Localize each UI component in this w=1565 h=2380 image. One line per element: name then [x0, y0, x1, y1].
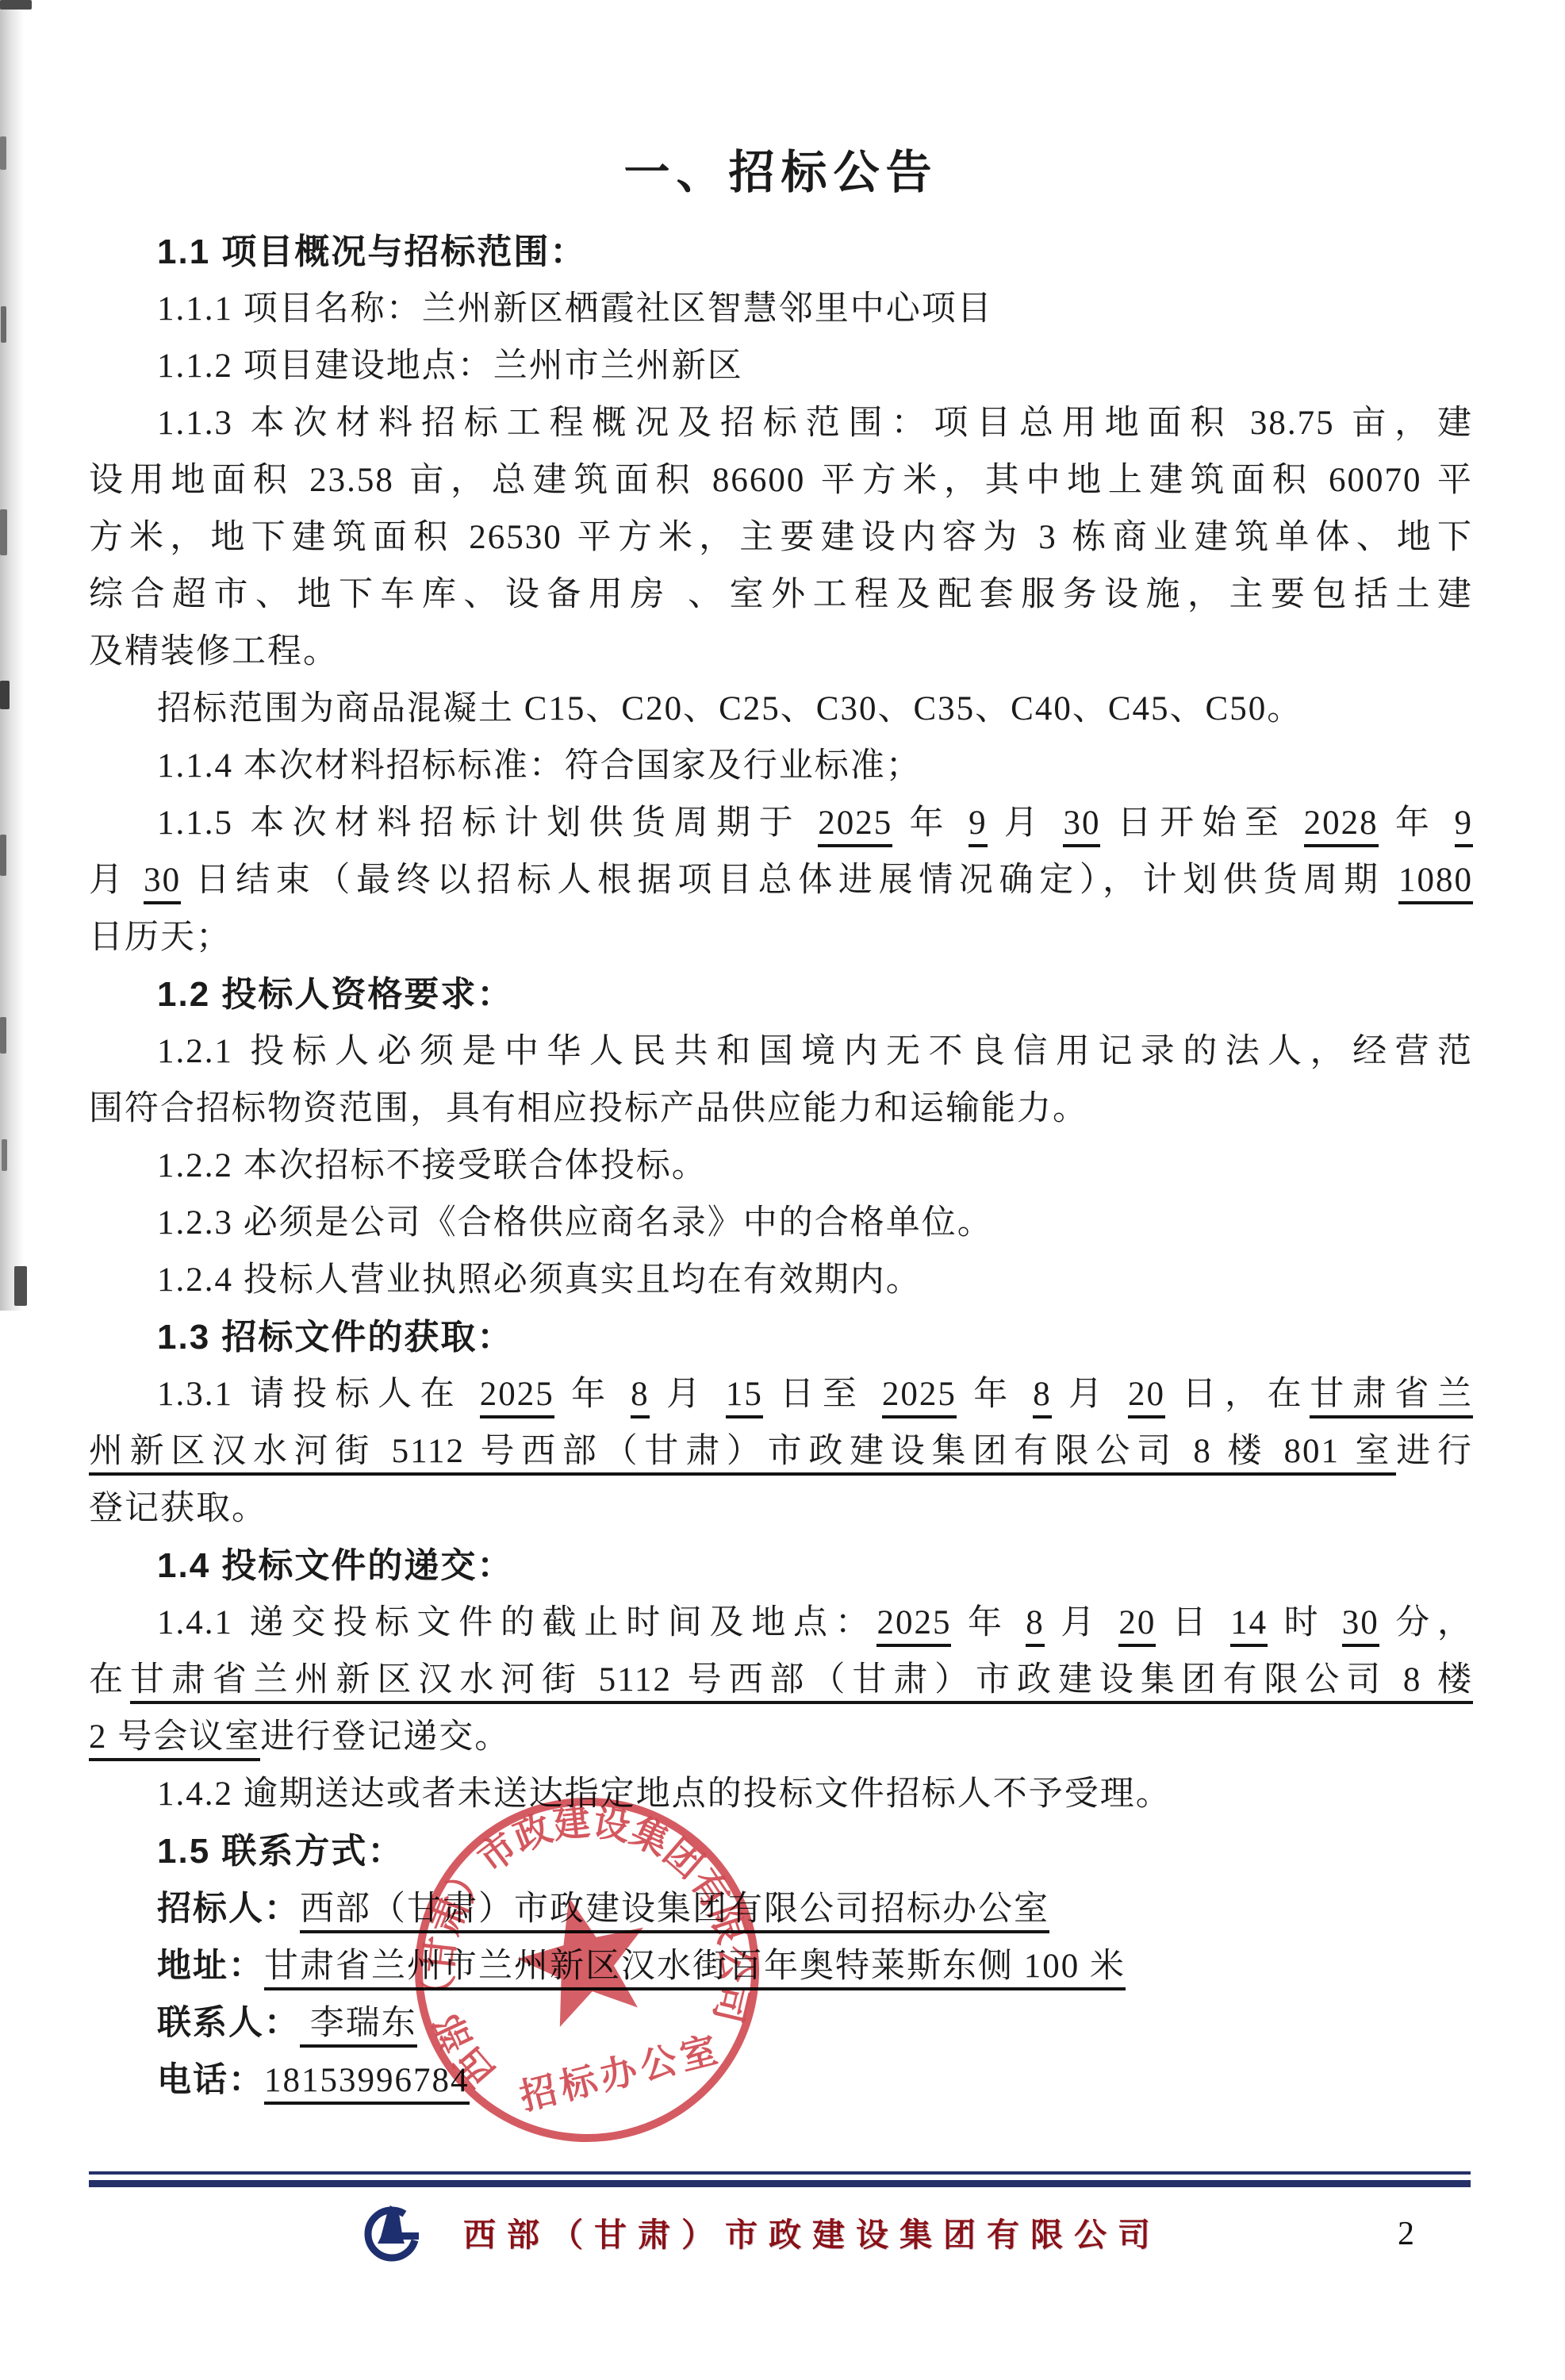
doc-line: 1.2 投标人资格要求： [89, 966, 1473, 1023]
text-run: 8 [1033, 1376, 1052, 1418]
scan-artifact [14, 1266, 27, 1306]
text-run: 1.4.1 递交投标文件的截止时间及地点： [157, 1604, 876, 1641]
page-title: 一、招标公告 [89, 133, 1473, 213]
text-run: 登记获取。 [89, 1490, 267, 1527]
text-run: 日 [1156, 1604, 1230, 1641]
text-run: 日至 [763, 1376, 882, 1413]
text-run: 1.2.4 投标人营业执照必须真实且均在有效期内。 [157, 1261, 922, 1299]
footer: 西部（甘肃）市政建设集团有限公司 2 [89, 2198, 1471, 2293]
doc-line: 招标人：西部（甘肃）市政建设集团有限公司招标办公室 [89, 1880, 1473, 1937]
text-run: 设用地面积 23.58 亩，总建筑面积 86600 平方米，其中地上建筑面积 6… [89, 462, 1473, 499]
scan-artifact [0, 136, 6, 170]
doc-content: 一、招标公告 1.1 项目概况与招标范围：1.1.1 项目名称：兰州新区栖霞社区… [89, 133, 1473, 2109]
text-run: 招标人： [157, 1890, 300, 1928]
doc-line: 招标范围为商品混凝土 C15、C20、C25、C30、C35、C40、C45、C… [89, 681, 1473, 738]
text-run: 1.2.3 必须是公司《合格供应商名录》中的合格单位。 [157, 1204, 993, 1242]
scanned-document-page: 一、招标公告 1.1 项目概况与招标范围：1.1.1 项目名称：兰州新区栖霞社区… [0, 0, 1565, 2380]
text-run: 电话： [157, 2061, 264, 2099]
text-run: 1.2 投标人资格要求： [157, 975, 513, 1014]
text-run: 及精装修工程。 [89, 633, 339, 670]
text-run: 在 [89, 1661, 130, 1699]
doc-line: 及精装修工程。 [89, 624, 1473, 681]
text-run: 2025 [818, 804, 892, 847]
text-run: 州新区汉水河街 5112 号西部（甘肃）市政建设集团有限公司 8 楼 801 室 [89, 1433, 1396, 1476]
text-run: 1.1.3 本次材料招标工程概况及招标范围：项目总用地面积 38.75 亩，建 [157, 405, 1473, 442]
doc-line: 1.1.3 本次材料招标工程概况及招标范围：项目总用地面积 38.75 亩，建 [89, 395, 1473, 452]
doc-line: 1.1.1 项目名称：兰州新区栖霞社区智慧邻里中心项目 [89, 281, 1473, 338]
doc-line: 1.2.1 投标人必须是中华人民共和国境内无不良信用记录的法人，经营范 [89, 1023, 1473, 1081]
text-run: 月 [1045, 1604, 1119, 1641]
company-seal-stamp: 西部（甘肃）市政建设集团有限公司 招标办公室 [399, 1782, 775, 2158]
text-run: 年 [951, 1604, 1026, 1641]
scan-artifact [2, 1139, 7, 1171]
doc-line: 1.2.4 投标人营业执照必须真实且均在有效期内。 [89, 1252, 1473, 1309]
doc-line: 1.4.1 递交投标文件的截止时间及地点：2025 年 8 月 20 日 14 … [89, 1595, 1473, 1652]
page-number: 2 [1398, 2215, 1414, 2253]
text-run: 14 [1230, 1604, 1268, 1647]
text-run: 1.2.1 投标人必须是中华人民共和国境内无不良信用记录的法人，经营范 [157, 1033, 1473, 1070]
text-run: 2028 [1304, 804, 1379, 847]
text-run: 方米，地下建筑面积 26530 平方米，主要建设内容为 3 栋商业建筑单体、地下 [89, 519, 1473, 556]
text-run: 8 [1026, 1604, 1045, 1647]
text-run: 30 [1342, 1604, 1379, 1647]
text-run: 地址： [157, 1947, 264, 1985]
doc-line: 1.4.2 逾期送达或者未送达指定地点的投标文件招标人不予受理。 [89, 1766, 1473, 1823]
doc-line: 1.1 项目概况与招标范围： [89, 224, 1473, 281]
scan-artifact [0, 0, 32, 10]
text-run: 月 [650, 1376, 726, 1413]
scan-shadow-band [0, 0, 24, 1311]
text-run: 月 [1052, 1376, 1128, 1413]
text-run: 1.2.2 本次招标不接受联合体投标。 [157, 1147, 708, 1184]
text-run: 日历天； [89, 919, 232, 956]
text-run: 1080 [1398, 862, 1473, 904]
text-run: 1.1.5 本次材料招标计划供货周期于 [157, 804, 818, 842]
doc-line: 设用地面积 23.58 亩，总建筑面积 86600 平方米，其中地上建筑面积 6… [89, 452, 1473, 509]
text-run: 分， [1379, 1604, 1473, 1641]
text-run: 2 号会议室 [89, 1718, 260, 1761]
text-run: 1.1.1 项目名称：兰州新区栖霞社区智慧邻里中心项目 [157, 290, 993, 328]
text-run: 联系人： [157, 2004, 300, 2042]
stamp-star-icon [506, 1882, 662, 2033]
text-run: 月 [89, 862, 144, 899]
text-run: 年 [1379, 804, 1455, 842]
doc-line: 州新区汉水河街 5112 号西部（甘肃）市政建设集团有限公司 8 楼 801 室… [89, 1423, 1473, 1480]
doc-line: 联系人： 李瑞东 [89, 1994, 1473, 2052]
doc-line: 1.2.2 本次招标不接受联合体投标。 [89, 1138, 1473, 1195]
text-run: 招标范围为商品混凝土 C15、C20、C25、C30、C35、C40、C45、C… [157, 690, 1302, 727]
doc-line: 1.1.2 项目建设地点：兰州市兰州新区 [89, 338, 1473, 395]
doc-line: 1.1.4 本次材料招标标准：符合国家及行业标准； [89, 738, 1473, 795]
text-run: 年 [957, 1376, 1033, 1413]
text-run: 20 [1128, 1376, 1165, 1418]
text-run: 8 [631, 1376, 650, 1418]
text-run: 进行登记递交。 [260, 1718, 510, 1756]
scan-artifact [0, 681, 10, 709]
text-run: 20 [1118, 1604, 1156, 1647]
text-run: 30 [144, 862, 181, 904]
text-run: 1.3.1 请投标人在 [157, 1376, 480, 1413]
text-run: 月 [988, 804, 1064, 842]
doc-line: 1.1.5 本次材料招标计划供货周期于 2025 年 9 月 30 日开始至 2… [89, 795, 1473, 852]
text-run: 15 [726, 1376, 763, 1418]
text-run: 围符合招标物资范围，具有相应投标产品供应能力和运输能力。 [89, 1090, 1088, 1127]
doc-line: 月 30 日结束（最终以招标人根据项目总体进展情况确定），计划供货周期 1080 [89, 852, 1473, 909]
footer-company-name: 西部（甘肃）市政建设集团有限公司 [463, 2209, 1161, 2255]
text-run: 30 [1063, 804, 1100, 847]
text-run: 2025 [480, 1376, 554, 1418]
doc-line: 地址：甘肃省兰州市兰州新区汉水街百年奥特莱斯东侧 100 米 [89, 1937, 1473, 1994]
text-run: 2025 [876, 1604, 951, 1647]
text-run: 日结束（最终以招标人根据项目总体进展情况确定），计划供货周期 [181, 862, 1398, 899]
text-run: 9 [969, 804, 988, 847]
doc-line: 方米，地下建筑面积 26530 平方米，主要建设内容为 3 栋商业建筑单体、地下 [89, 509, 1473, 566]
text-run: 1.5 联系方式： [157, 1832, 404, 1871]
doc-line: 电话：18153996784 [89, 2052, 1473, 2109]
doc-body: 1.1 项目概况与招标范围：1.1.1 项目名称：兰州新区栖霞社区智慧邻里中心项… [89, 224, 1473, 2109]
text-run: 进行 [1396, 1433, 1473, 1470]
doc-line: 1.3 招标文件的获取： [89, 1309, 1473, 1366]
text-run: 甘肃省兰州新区汉水河街 5112 号西部（甘肃）市政建设集团有限公司 8 楼 [130, 1661, 1473, 1704]
doc-line: 登记获取。 [89, 1480, 1473, 1537]
doc-line: 1.2.3 必须是公司《合格供应商名录》中的合格单位。 [89, 1195, 1473, 1252]
company-emblem-icon [359, 2201, 425, 2267]
scan-artifact [0, 509, 7, 555]
doc-line: 综合超市、地下车库、设备用房 、室外工程及配套服务设施，主要包括土建 [89, 566, 1473, 624]
text-run: 年 [892, 804, 969, 842]
doc-line: 1.3.1 请投标人在 2025 年 8 月 15 日至 2025 年 8 月 … [89, 1366, 1473, 1423]
text-run: 1.4 投标文件的递交： [157, 1546, 513, 1585]
doc-line: 围符合招标物资范围，具有相应投标产品供应能力和运输能力。 [89, 1081, 1473, 1138]
text-run: 9 [1455, 804, 1474, 847]
footer-double-rule [89, 2171, 1471, 2187]
text-run: 日开始至 [1100, 804, 1303, 842]
text-run: 1.1.4 本次材料招标标准：符合国家及行业标准； [157, 747, 922, 785]
text-run: 2025 [882, 1376, 957, 1418]
text-run: 时 [1268, 1604, 1342, 1641]
scan-artifact [0, 1017, 6, 1054]
text-run: 年 [554, 1376, 631, 1413]
text-run: 综合超市、地下车库、设备用房 、室外工程及配套服务设施，主要包括土建 [89, 576, 1473, 613]
scan-artifact [1, 306, 6, 343]
doc-line: 在甘肃省兰州新区汉水河街 5112 号西部（甘肃）市政建设集团有限公司 8 楼 [89, 1652, 1473, 1709]
doc-line: 1.4 投标文件的递交： [89, 1537, 1473, 1595]
text-run: 1.1 项目概况与招标范围： [157, 232, 586, 271]
doc-line: 2 号会议室进行登记递交。 [89, 1709, 1473, 1766]
text-run: 甘肃省兰 [1310, 1376, 1473, 1418]
doc-line: 1.5 联系方式： [89, 1823, 1473, 1880]
text-run: 1.3 招标文件的获取： [157, 1318, 513, 1357]
doc-line: 日历天； [89, 909, 1473, 966]
scan-artifact [0, 835, 6, 876]
text-run: 1.1.2 项目建设地点：兰州市兰州新区 [157, 347, 743, 385]
text-run: 日，在 [1165, 1376, 1310, 1413]
